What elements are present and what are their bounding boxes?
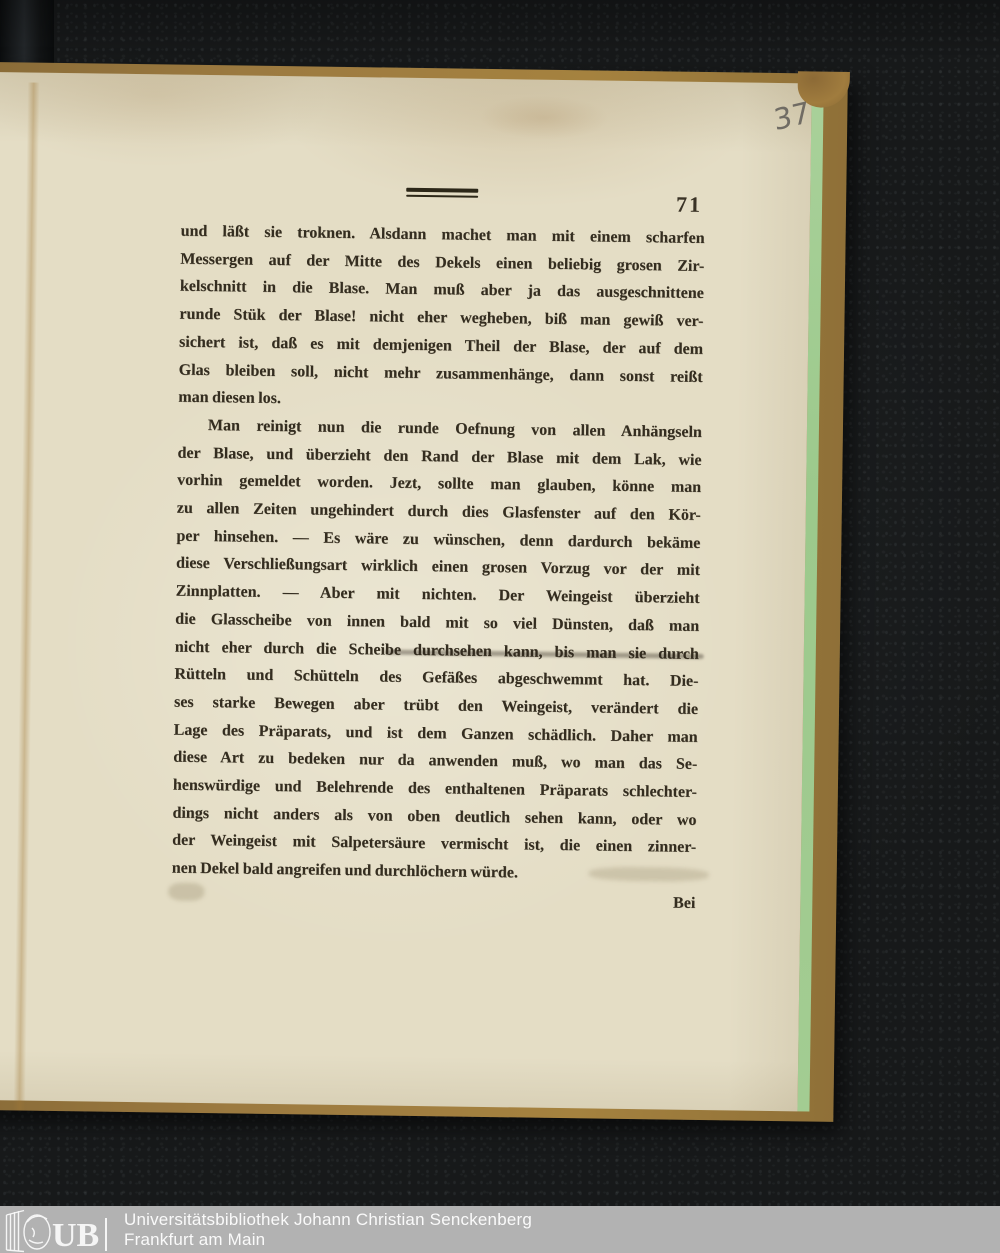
institution-line-2: Frankfurt am Main [124, 1230, 532, 1250]
book-page: 71 37 und läßt sie troknen. Alsdann mach… [0, 62, 848, 1122]
library-footer-bar: UB Universitätsbibliothek Johann Christi… [0, 1206, 1000, 1253]
page-number: 71 [676, 192, 726, 219]
catchword: Bei [673, 889, 696, 917]
body-text: und läßt sie troknen. Alsdann machet man… [171, 218, 705, 918]
gutter-crease [13, 83, 39, 1111]
cover-shading [0, 0, 1000, 60]
institution-name: Universitätsbibliothek Johann Christian … [124, 1210, 532, 1249]
ink-ghost-smudge [168, 883, 204, 902]
ub-logo-icon: UB [4, 1207, 114, 1253]
digitized-book-scan: 71 37 und läßt sie troknen. Alsdann mach… [0, 0, 1000, 1253]
institution-line-1: Universitätsbibliothek Johann Christian … [124, 1210, 532, 1230]
paragraph-2: Man reinigt nun die runde Oefnung von al… [172, 412, 703, 890]
paper-stain [479, 95, 610, 141]
paragraph-1: und läßt sie troknen. Alsdann machet man… [178, 218, 705, 419]
ub-logo-text: UB [52, 1217, 99, 1253]
double-rule-ornament [406, 188, 478, 198]
